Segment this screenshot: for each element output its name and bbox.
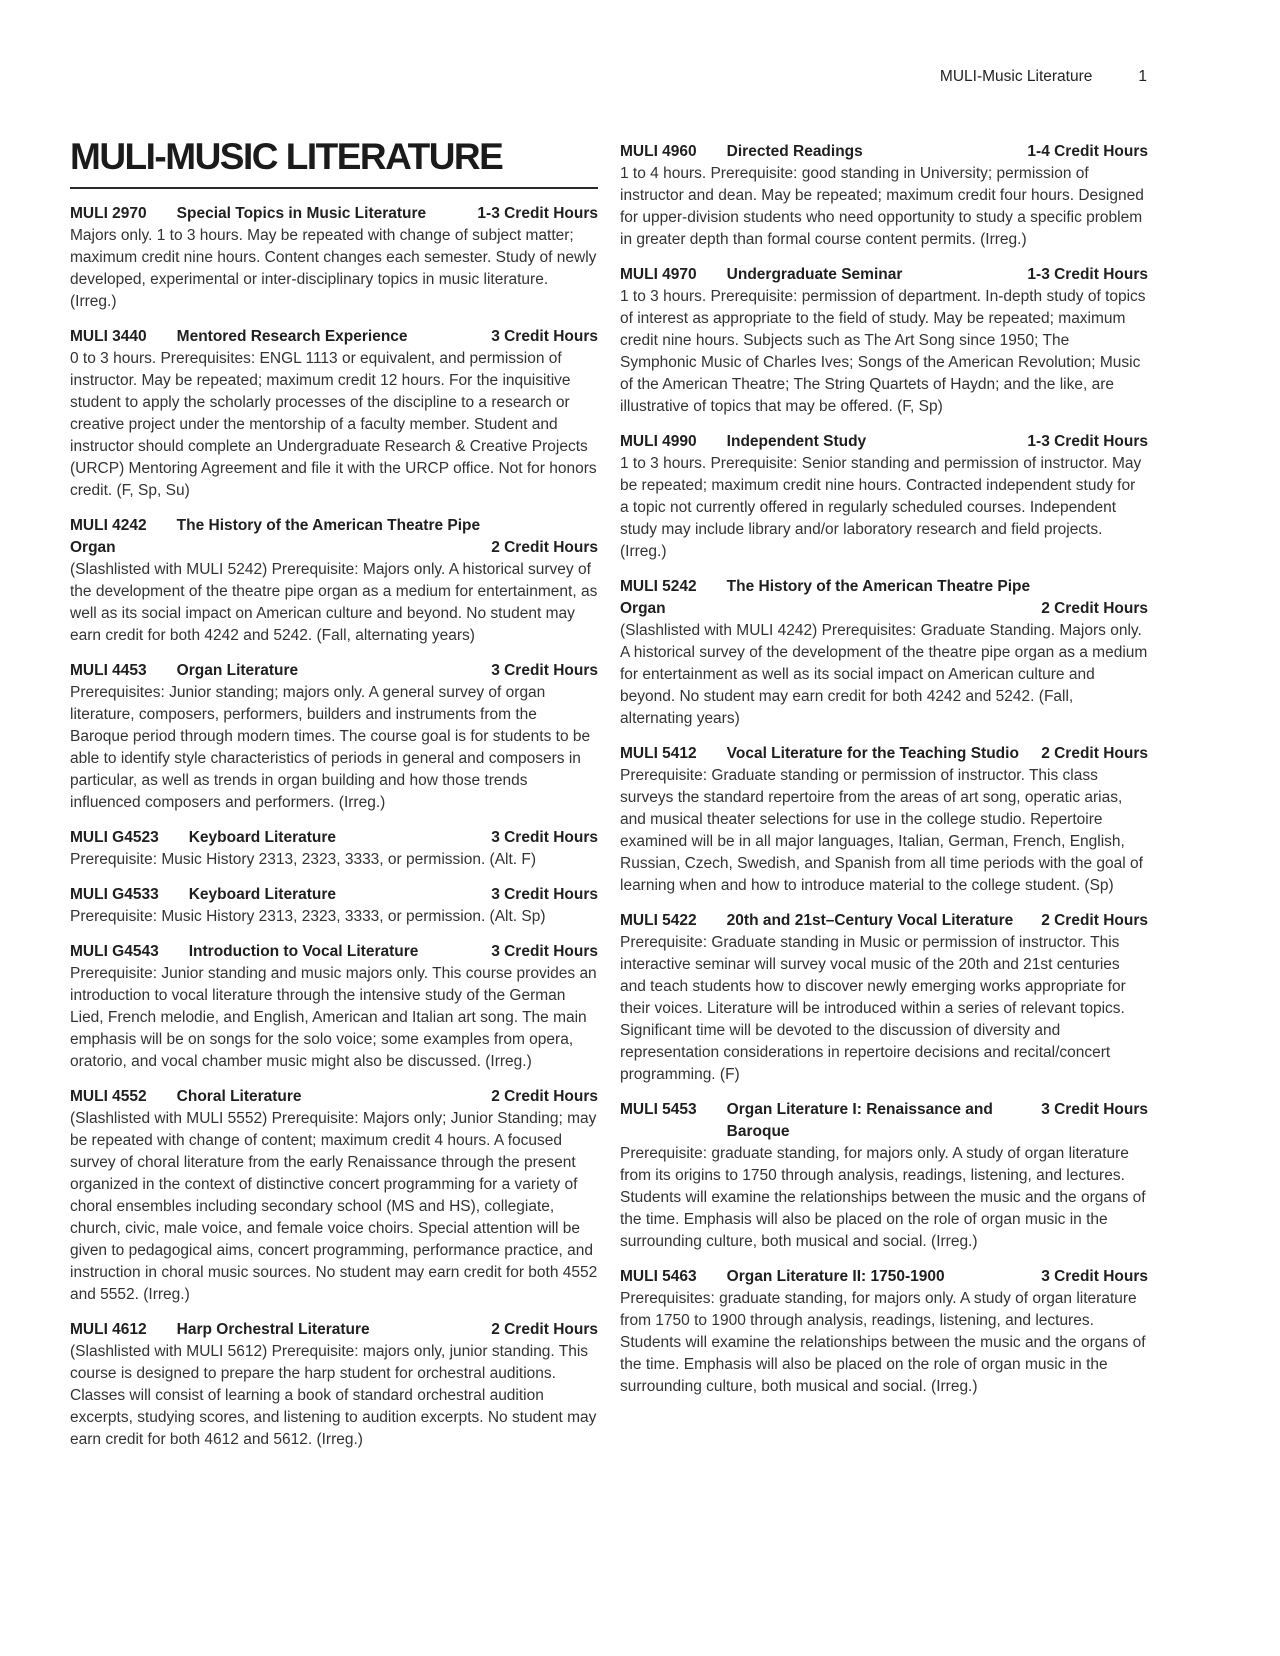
course-header-line: MULI 4990Independent Study1-3 Credit Hou… [620, 431, 1148, 453]
course-title: Introduction to Vocal Literature [189, 941, 419, 963]
course-title: Choral Literature [177, 1086, 302, 1108]
course-description: Prerequisites: Junior standing; majors o… [70, 682, 598, 814]
course-entry: MULI 3440Mentored Research Experience3 C… [70, 326, 598, 502]
course-code: MULI 5412 [620, 743, 697, 765]
course-header-line2: Organ2 Credit Hours [70, 537, 598, 559]
course-description: (Slashlisted with MULI 5242) Prerequisit… [70, 559, 598, 647]
course-entry: MULI 5412Vocal Literature for the Teachi… [620, 743, 1148, 897]
course-code: MULI 4990 [620, 431, 697, 453]
course-entry: MULI 5453Organ Literature I: Renaissance… [620, 1099, 1148, 1253]
course-description: 0 to 3 hours. Prerequisites: ENGL 1113 o… [70, 348, 598, 502]
course-title: Organ Literature II: 1750-1900 [727, 1266, 945, 1288]
course-description: Prerequisite: graduate standing, for maj… [620, 1143, 1148, 1253]
course-title: Undergraduate Seminar [727, 264, 903, 286]
course-description: Prerequisite: Graduate standing or permi… [620, 765, 1148, 897]
course-title: Independent Study [727, 431, 867, 453]
course-entry: MULI 4453Organ Literature3 Credit HoursP… [70, 660, 598, 814]
course-entry: MULI 5463Organ Literature II: 1750-19003… [620, 1266, 1148, 1398]
course-credit-hours: 3 Credit Hours [481, 326, 598, 348]
course-entry: MULI G4523Keyboard Literature3 Credit Ho… [70, 827, 598, 871]
running-head-section: MULI-Music Literature [940, 68, 1092, 86]
title-block: MULI-MUSIC LITERATURE [70, 136, 598, 189]
course-title: Keyboard Literature [189, 827, 336, 849]
course-header-line: MULI 2970Special Topics in Music Literat… [70, 203, 598, 225]
course-entry: MULI 2970Special Topics in Music Literat… [70, 203, 598, 313]
course-title: 20th and 21st–Century Vocal Literature [727, 910, 1014, 932]
course-entry: MULI 4552Choral Literature2 Credit Hours… [70, 1086, 598, 1306]
course-credit-hours: 3 Credit Hours [481, 941, 598, 963]
right-column: MULI 4960Directed Readings1-4 Credit Hou… [620, 141, 1148, 1411]
course-description: Prerequisite: Junior standing and music … [70, 963, 598, 1073]
course-header-line: MULI 5463Organ Literature II: 1750-19003… [620, 1266, 1148, 1288]
course-code: MULI G4523 [70, 827, 159, 849]
course-credit-hours: 2 Credit Hours [481, 537, 598, 559]
course-entry: MULI 4970Undergraduate Seminar1-3 Credit… [620, 264, 1148, 418]
left-column: MULI 2970Special Topics in Music Literat… [70, 203, 598, 1464]
course-entry: MULI 4242The History of the American The… [70, 515, 598, 647]
course-header-line: MULI G4543Introduction to Vocal Literatu… [70, 941, 598, 963]
course-code: MULI 4970 [620, 264, 697, 286]
course-entry: MULI G4533Keyboard Literature3 Credit Ho… [70, 884, 598, 928]
course-credit-hours: 3 Credit Hours [481, 827, 598, 849]
course-description: Majors only. 1 to 3 hours. May be repeat… [70, 225, 598, 313]
course-code: MULI 5422 [620, 910, 697, 932]
course-title: Directed Readings [727, 141, 863, 163]
course-code: MULI 4612 [70, 1319, 147, 1341]
course-description: 1 to 4 hours. Prerequisite: good standin… [620, 163, 1148, 251]
course-title: Harp Orchestral Literature [177, 1319, 370, 1341]
course-entry: MULI G4543Introduction to Vocal Literatu… [70, 941, 598, 1073]
course-credit-hours: 1-3 Credit Hours [1017, 431, 1148, 453]
course-credit-hours: 1-3 Credit Hours [467, 203, 598, 225]
course-description: 1 to 3 hours. Prerequisite: Senior stand… [620, 453, 1148, 563]
course-header-line: MULI 4242The History of the American The… [70, 515, 598, 537]
course-description: (Slashlisted with MULI 4242) Prerequisit… [620, 620, 1148, 730]
course-credit-hours: 3 Credit Hours [481, 884, 598, 906]
course-code: MULI 3440 [70, 326, 147, 348]
course-credit-hours: 2 Credit Hours [1031, 598, 1148, 620]
course-title: Mentored Research Experience [177, 326, 408, 348]
course-code: MULI 4960 [620, 141, 697, 163]
course-header-line: MULI G4523Keyboard Literature3 Credit Ho… [70, 827, 598, 849]
page-header: MULI-Music Literature 1 [620, 68, 1147, 86]
title-divider [70, 187, 598, 189]
course-header-line2: Organ2 Credit Hours [620, 598, 1148, 620]
course-title: Special Topics in Music Literature [177, 203, 427, 225]
course-description: Prerequisites: graduate standing, for ma… [620, 1288, 1148, 1398]
page-number: 1 [1138, 68, 1147, 86]
course-header-line: MULI G4533Keyboard Literature3 Credit Ho… [70, 884, 598, 906]
course-credit-hours: 1-4 Credit Hours [1017, 141, 1148, 163]
course-description: (Slashlisted with MULI 5612) Prerequisit… [70, 1341, 598, 1451]
course-title-continued: Organ [70, 537, 116, 559]
course-header-line: MULI 4960Directed Readings1-4 Credit Hou… [620, 141, 1148, 163]
course-code: MULI G4543 [70, 941, 159, 963]
course-header-line: MULI 5412Vocal Literature for the Teachi… [620, 743, 1148, 765]
course-entry: MULI 4990Independent Study1-3 Credit Hou… [620, 431, 1148, 563]
course-description: 1 to 3 hours. Prerequisite: permission o… [620, 286, 1148, 418]
course-credit-hours: 3 Credit Hours [1031, 1099, 1148, 1143]
page-title: MULI-MUSIC LITERATURE [70, 136, 598, 178]
course-code: MULI 4453 [70, 660, 147, 682]
course-code: MULI 4552 [70, 1086, 147, 1108]
course-entry: MULI 542220th and 21st–Century Vocal Lit… [620, 910, 1148, 1086]
course-description: Prerequisite: Music History 2313, 2323, … [70, 906, 598, 928]
course-description: (Slashlisted with MULI 5552) Prerequisit… [70, 1108, 598, 1306]
course-code: MULI 4242 [70, 515, 147, 537]
course-header-line: MULI 542220th and 21st–Century Vocal Lit… [620, 910, 1148, 932]
course-entry: MULI 5242The History of the American The… [620, 576, 1148, 730]
course-credit-hours: 2 Credit Hours [481, 1086, 598, 1108]
course-entry: MULI 4612Harp Orchestral Literature2 Cre… [70, 1319, 598, 1451]
course-entry: MULI 4960Directed Readings1-4 Credit Hou… [620, 141, 1148, 251]
course-credit-hours: 3 Credit Hours [1031, 1266, 1148, 1288]
course-credit-hours: 2 Credit Hours [1031, 743, 1148, 765]
course-header-line: MULI 4970Undergraduate Seminar1-3 Credit… [620, 264, 1148, 286]
course-credit-hours: 2 Credit Hours [1031, 910, 1148, 932]
course-title: The History of the American Theatre Pipe [177, 515, 480, 537]
course-code: MULI G4533 [70, 884, 159, 906]
course-header-line: MULI 5242The History of the American The… [620, 576, 1148, 598]
course-title: Organ Literature I: Renaissance and Baro… [727, 1099, 1032, 1143]
course-title: Vocal Literature for the Teaching Studio [727, 743, 1019, 765]
course-code: MULI 2970 [70, 203, 147, 225]
course-header-line: MULI 4552Choral Literature2 Credit Hours [70, 1086, 598, 1108]
course-credit-hours: 2 Credit Hours [481, 1319, 598, 1341]
course-code: MULI 5242 [620, 576, 697, 598]
course-description: Prerequisite: Music History 2313, 2323, … [70, 849, 598, 871]
course-header-line: MULI 4453Organ Literature3 Credit Hours [70, 660, 598, 682]
course-header-line: MULI 4612Harp Orchestral Literature2 Cre… [70, 1319, 598, 1341]
course-title: Organ Literature [177, 660, 298, 682]
course-header-line: MULI 3440Mentored Research Experience3 C… [70, 326, 598, 348]
course-credit-hours: 1-3 Credit Hours [1017, 264, 1148, 286]
course-code: MULI 5463 [620, 1266, 697, 1288]
course-title: Keyboard Literature [189, 884, 336, 906]
course-description: Prerequisite: Graduate standing in Music… [620, 932, 1148, 1086]
course-title: The History of the American Theatre Pipe [727, 576, 1030, 598]
course-title-continued: Organ [620, 598, 666, 620]
course-header-line: MULI 5453Organ Literature I: Renaissance… [620, 1099, 1148, 1143]
course-credit-hours: 3 Credit Hours [481, 660, 598, 682]
course-code: MULI 5453 [620, 1099, 697, 1143]
